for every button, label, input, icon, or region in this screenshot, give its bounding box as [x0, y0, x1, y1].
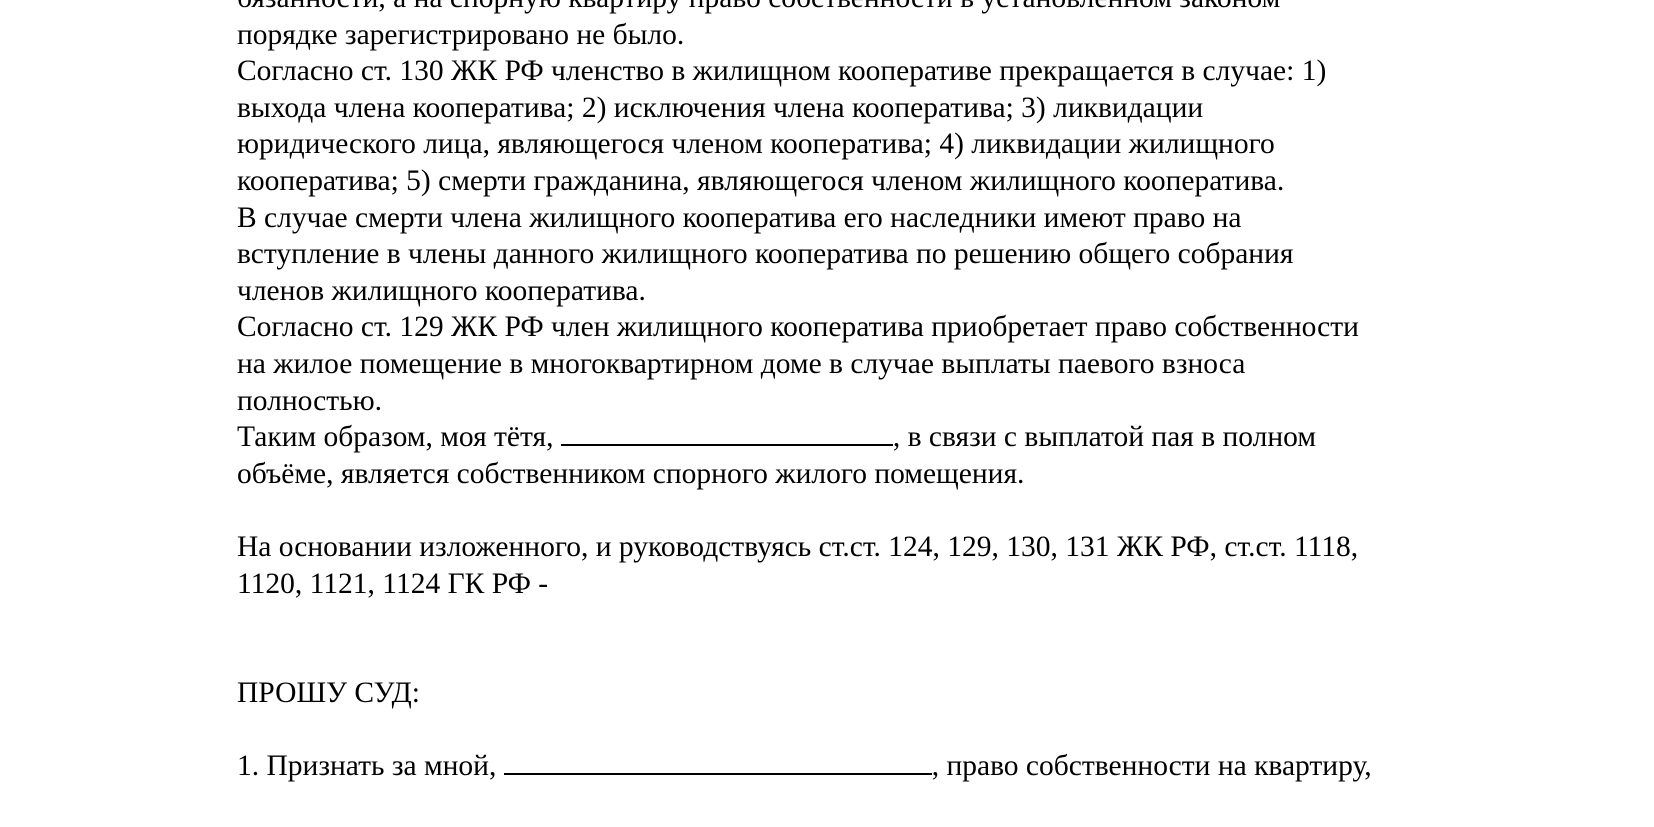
item1-after: , право собственности на квартиру,	[932, 750, 1372, 782]
document-page: бязанности, а на спорную квартиру право …	[237, 0, 1537, 785]
basis-line: На основании изложенного, и руководствуя…	[237, 529, 1537, 566]
text-line: Согласно ст. 130 ЖК РФ членство в жилищн…	[237, 53, 1537, 90]
text-line: выхода члена кооператива; 2) исключения …	[237, 90, 1537, 127]
spacer	[237, 602, 1537, 675]
spacer	[237, 492, 1537, 529]
aunt-line: Таким образом, моя тётя, , в связи с вып…	[237, 419, 1537, 456]
request-item-1: 1. Признать за мной, , право собственнос…	[237, 748, 1537, 785]
text-line: бязанности, а на спорную квартиру право …	[237, 0, 1537, 17]
text-line: членов жилищного кооператива.	[237, 273, 1537, 310]
text-line: объёме, является собственником спорного …	[237, 456, 1537, 493]
text-line: Согласно ст. 129 ЖК РФ член жилищного ко…	[237, 309, 1537, 346]
text-line: вступление в члены данного жилищного коо…	[237, 236, 1537, 273]
text-line: В случае смерти члена жилищного кооперат…	[237, 200, 1537, 237]
item1-before: 1. Признать за мной,	[237, 750, 504, 782]
text-line: кооператива; 5) смерти гражданина, являю…	[237, 163, 1537, 200]
text-line: полностью.	[237, 383, 1537, 420]
basis-line: 1120, 1121, 1124 ГК РФ -	[237, 566, 1537, 603]
spacer	[237, 712, 1537, 749]
aunt-name-blank	[561, 419, 893, 446]
aunt-line-after: , в связи с выплатой пая в полном	[893, 421, 1316, 453]
request-heading: ПРОШУ СУД:	[237, 675, 1537, 712]
text-line: порядке зарегистрировано не было.	[237, 17, 1537, 54]
applicant-name-blank	[504, 748, 932, 775]
text-line: юридического лица, являющегося членом ко…	[237, 126, 1537, 163]
text-line: на жилое помещение в многоквартирном дом…	[237, 346, 1537, 383]
aunt-line-before: Таким образом, моя тётя,	[237, 421, 561, 453]
